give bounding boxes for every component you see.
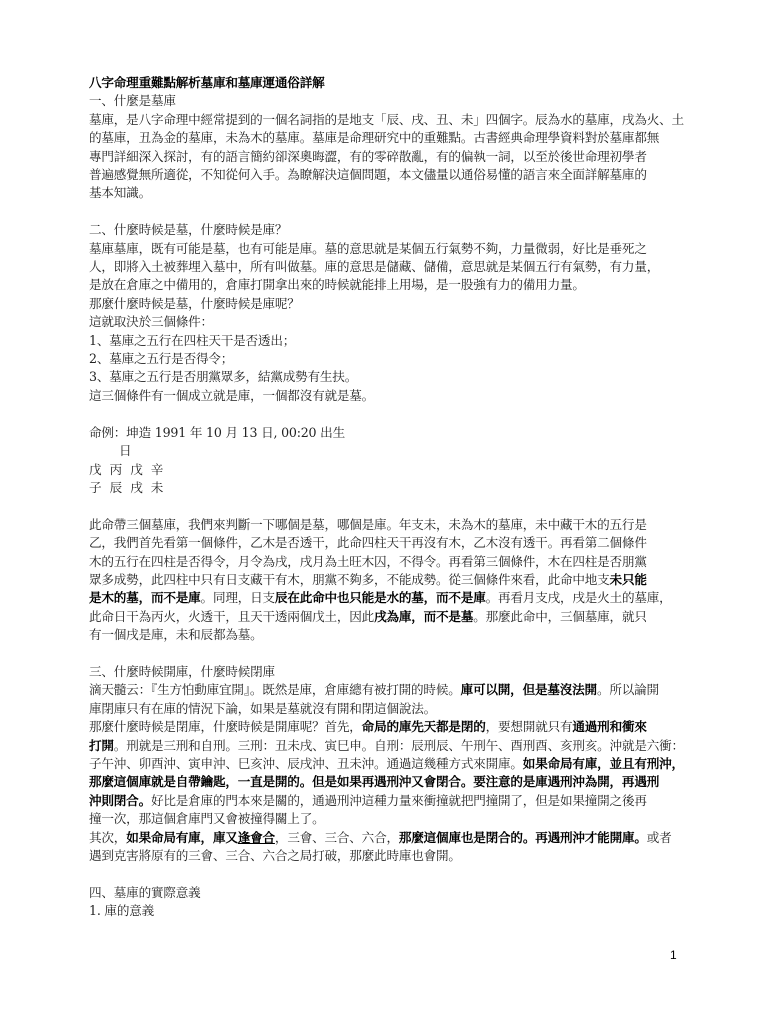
spacer	[89, 497, 689, 515]
text: 。所以論開	[597, 682, 659, 697]
analysis-line: 乙，我們首先看第一個條件，乙木是否透干，此命四柱天干再沒有木，乙木沒有透干。再看…	[89, 534, 689, 552]
paragraph-line: 基本知識。	[89, 184, 689, 202]
text: 其次，	[89, 830, 126, 845]
text: 或者	[647, 830, 672, 845]
paragraph-line: 普遍感覺無所適從，不知從何入手。為瞭解決這個問題，本文儘量以通俗易懂的語言來全面…	[89, 166, 689, 184]
emphasis-text: 打開	[89, 738, 114, 753]
condition-item: 1、墓庫之五行在四柱天干是否透出；	[89, 332, 689, 350]
paragraph-line: 那麼這個庫就是自帶鑰匙，一直是開的。但是如果再遇刑沖又會閉合。要注意的是庫遇刑沖…	[89, 773, 689, 791]
condition-item: 2、墓庫之五行是否得令；	[89, 350, 689, 368]
paragraph-line: 那麼什麼時候是閉庫，什麼時候是開庫呢？首先，命局的庫先天都是閉的，要想開就只有通…	[89, 718, 689, 736]
emphasis-text: 那麼這個庫就是自帶鑰匙，一直是開的。但是如果再遇刑沖又會閉合。要注意的是庫遇刑沖…	[89, 774, 659, 789]
emphasis-text: 如果命局有庫，庫又	[126, 830, 238, 845]
text: 子午沖、卯酉沖、寅申沖、巳亥沖、辰戌沖、丑未沖。通過這幾種方式來開庫。	[89, 756, 523, 771]
section-3-heading: 三、什麼時候開庫，什麼時候閉庫	[89, 663, 689, 681]
text: 好比是倉庫的門本來是關的，通過刑沖這種力量來衝撞就把門撞開了，但是如果撞開之後再	[151, 793, 647, 808]
document-title: 八字命理重難點解析墓庫和墓庫運通俗詳解	[89, 74, 689, 92]
text: 。刑就是三刑和自刑。三刑：丑未戌、寅巳申。自刑：辰刑辰、午刑午、酉刑酉、亥刑亥。…	[114, 738, 684, 753]
analysis-line: 木的五行在四柱是否得令，月令為戌，戌月為土旺木囚，不得令。再看第三個條件，木在四…	[89, 553, 689, 571]
analysis-line: 有一個戌是庫，未和辰都為墓。	[89, 626, 689, 644]
text: ，三會、三合、六合，	[275, 830, 399, 845]
paragraph-line: 專門詳細深入探討，有的語言簡約卻深奧晦澀，有的零碎散亂，有的偏執一詞，以至於後世…	[89, 148, 689, 166]
emphasis-text: 未只能	[610, 572, 647, 587]
text: 。那麼此命中，三個墓庫，就只	[473, 609, 647, 624]
paragraph-line: 撞一次，那這個倉庫門又會被撞得關上了。	[89, 810, 689, 828]
paragraph-line: 庫閉庫只有在庫的情況下論，如果是墓就沒有開和閉這個說法。	[89, 700, 689, 718]
emphasis-text: 是木的墓，而不是庫	[89, 590, 201, 605]
text: ，要想開就只有	[486, 719, 573, 734]
paragraph-line: 是放在倉庫之中備用的，倉庫打開拿出來的時候就能排上用場，是一股強有力的備用力量。	[89, 276, 689, 294]
paragraph-line: 墓庫墓庫，既有可能是墓，也有可能是庫。墓的意思就是某個五行氣勢不夠，力量微弱，好…	[89, 240, 689, 258]
paragraph-line: 子午沖、卯酉沖、寅申沖、巳亥沖、辰戌沖、丑未沖。通過這幾種方式來開庫。如果命局有…	[89, 755, 689, 773]
emphasis-text: 辰在此命中也只能是水的墓，而不是庫	[275, 590, 486, 605]
text: 。再看月支戌，戌是火土的墓庫，	[486, 590, 672, 605]
section-4-heading: 四、墓庫的實際意義	[89, 884, 689, 902]
heavenly-stems: 戊 丙 戊 辛	[89, 461, 689, 479]
day-marker: 日	[89, 442, 689, 460]
underline: 逢會合	[238, 830, 275, 845]
analysis-line: 此命帶三個墓庫，我們來判斷一下哪個是墓，哪個是庫。年支未，未為木的墓庫，未中藏干…	[89, 516, 689, 534]
text: 眾多成勢，此四柱中只有日支藏干有木，朋黨不夠多，不能成勢。從三個條件來看，此命中…	[89, 572, 610, 587]
spacer	[89, 865, 689, 883]
emphasis-text: 通過刑和衝來	[572, 719, 646, 734]
document-page: 八字命理重難點解析墓庫和墓庫運通俗詳解 一、什麼是墓庫 墓庫，是八字命理中經常提…	[89, 74, 689, 921]
analysis-line: 此命日干為丙火，火透干，且天干透兩個戊土，因此戌為庫，而不是墓。那麼此命中，三個…	[89, 608, 689, 626]
paragraph-line: 那麼什麼時候是墓，什麼時候是庫呢？	[89, 295, 689, 313]
section-1-heading: 一、什麼是墓庫	[89, 92, 689, 110]
underlined-emphasis-text: 逢會合	[238, 830, 275, 845]
spacer	[89, 203, 689, 221]
emphasis-text: 如果命局有庫，並且有刑沖，	[523, 756, 684, 771]
paragraph-line: 滴天髓云：『生方怕動庫宜開』。既然是庫，倉庫總有被打開的時候。庫可以開，但是墓沒…	[89, 681, 689, 699]
emphasis-text: 命局的庫先天都是閉的	[362, 719, 486, 734]
example-label: 命例：坤造 1991 年 10 月 13 日, 00:20 出生	[89, 424, 689, 442]
paragraph-line: 的墓庫，丑為金的墓庫，未為木的墓庫。墓庫是命理研究中的重難點。古書經典命理學資料…	[89, 129, 689, 147]
analysis-line: 眾多成勢，此四柱中只有日支藏干有木，朋黨不夠多，不能成勢。從三個條件來看，此命中…	[89, 571, 689, 589]
text: 。同理，日支	[201, 590, 275, 605]
spacer	[89, 405, 689, 423]
text: 那麼什麼時候是閉庫，什麼時候是開庫呢？首先，	[89, 719, 362, 734]
paragraph-line: 這三個條件有一個成立就是庫，一個都沒有就是墓。	[89, 387, 689, 405]
paragraph-line: 人，即將入土被葬埋入墓中，所有叫做墓。庫的意思是儲藏、儲備，意思就是某個五行有氣…	[89, 258, 689, 276]
emphasis-text: 沖則閉合。	[89, 793, 151, 808]
text: 滴天髓云：『生方怕動庫宜開』。既然是庫，倉庫總有被打開的時候。	[89, 682, 461, 697]
paragraph-line: 這就取決於三個條件：	[89, 313, 689, 331]
condition-item: 3、墓庫之五行是否朋黨眾多，結黨成勢有生扶。	[89, 368, 689, 386]
paragraph-line: 墓庫，是八字命理中經常提到的一個名詞指的是地支「辰、戌、丑、未」四個字。辰為水的…	[89, 111, 689, 129]
page-number: 1	[670, 948, 677, 962]
paragraph-line: 其次，如果命局有庫，庫又逢會合，三會、三合、六合，那麼這個庫也是閉合的。再遇刑沖…	[89, 829, 689, 847]
emphasis-text: 庫可以開，但是墓沒法開	[461, 682, 597, 697]
paragraph-line: 遇到克害將原有的三會、三合、六合之局打破，那麼此時庫也會開。	[89, 847, 689, 865]
emphasis-text: 戌為庫，而不是墓	[374, 609, 473, 624]
analysis-line: 是木的墓，而不是庫。同理，日支辰在此命中也只能是水的墓，而不是庫。再看月支戌，戌…	[89, 589, 689, 607]
subsection-heading: 1. 庫的意義	[89, 902, 689, 920]
paragraph-line: 沖則閉合。好比是倉庫的門本來是關的，通過刑沖這種力量來衝撞就把門撞開了，但是如果…	[89, 792, 689, 810]
spacer	[89, 645, 689, 663]
earthly-branches: 子 辰 戌 未	[89, 479, 689, 497]
section-2-heading: 二、什麼時候是墓，什麼時候是庫？	[89, 221, 689, 239]
text: 此命日干為丙火，火透干，且天干透兩個戊土，因此	[89, 609, 374, 624]
paragraph-line: 打開。刑就是三刑和自刑。三刑：丑未戌、寅巳申。自刑：辰刑辰、午刑午、酉刑酉、亥刑…	[89, 737, 689, 755]
emphasis-text: 那麼這個庫也是閉合的。再遇刑沖才能開庫。	[399, 830, 647, 845]
